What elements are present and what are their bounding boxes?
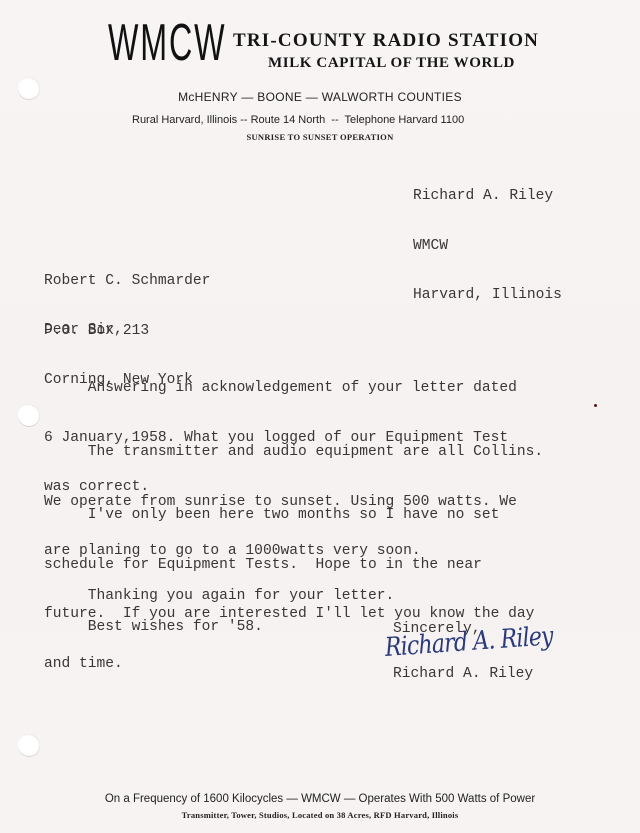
station-address: Rural Harvard, Illinois -- Route 14 Nort… <box>132 114 464 126</box>
operation-hours: SUNRISE TO SUNSET OPERATION <box>0 132 640 142</box>
salutation: Dear Sir, <box>44 322 123 339</box>
footer-location: Transmitter, Tower, Studios, Located on … <box>0 810 640 820</box>
station-logo: WMCW <box>108 17 226 69</box>
punch-hole <box>18 734 40 756</box>
footer-frequency: On a Frequency of 1600 Kilocycles — WMCW… <box>0 793 640 805</box>
punch-hole <box>18 404 40 426</box>
station-name: TRI-COUNTY RADIO STATION <box>233 30 539 52</box>
sender-name: Richard A. Riley <box>413 188 562 205</box>
sender-city: Harvard, Illinois <box>413 287 562 304</box>
ink-dot <box>594 404 597 407</box>
paragraph-line: Answering in acknowledgement of your let… <box>44 380 517 397</box>
paragraph-line: I've only been here two months so I have… <box>44 507 534 524</box>
typed-signature-name: Richard A. Riley <box>393 666 533 683</box>
letter-page: WMCW TRI-COUNTY RADIO STATION MILK CAPIT… <box>0 0 640 833</box>
counties-line: McHENRY — BOONE — WALWORTH COUNTIES <box>0 90 640 104</box>
sender-station: WMCW <box>413 238 562 255</box>
station-tagline: MILK CAPITAL OF THE WORLD <box>268 55 515 72</box>
paragraph-best-wishes: Best wishes for '58. <box>44 586 263 669</box>
recipient-name: Robert C. Schmarder <box>44 273 210 290</box>
paragraph-line: The transmitter and audio equipment are … <box>44 444 543 461</box>
paragraph-line: Best wishes for '58. <box>44 619 263 636</box>
sender-address-block: Richard A. Riley WMCW Harvard, Illinois <box>413 155 562 337</box>
